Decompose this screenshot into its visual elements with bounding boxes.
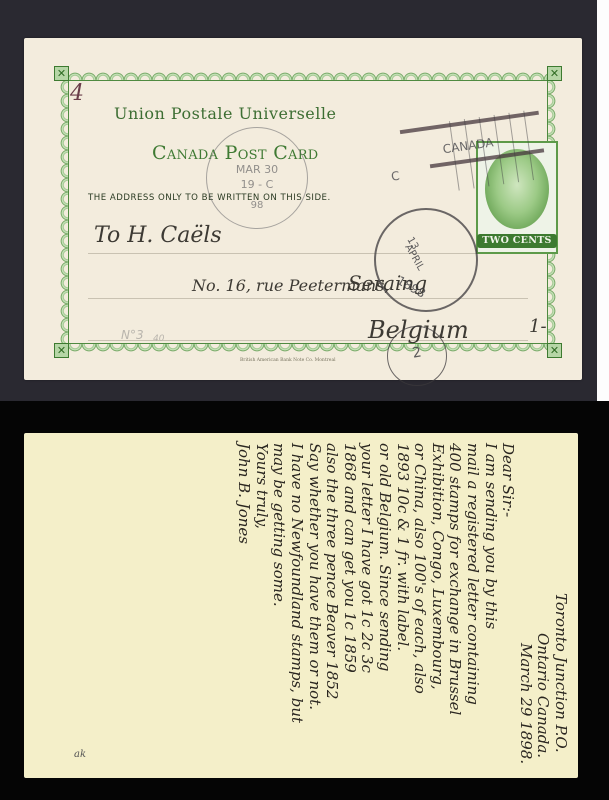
corner-ornament-icon: ✕ xyxy=(54,343,69,358)
postcard-back: Toronto Junction P.O.Ontario Canada.Marc… xyxy=(24,433,578,778)
letter-line: or old Belgium. Since sending xyxy=(376,443,394,671)
letter-line: John B. Jones xyxy=(235,443,253,544)
postmark-year: 1898 xyxy=(395,273,428,300)
upu-heading: Union Postale Universelle xyxy=(114,104,336,123)
printer-imprint: British American Bank Note Co. Montreal xyxy=(240,358,336,363)
toronto-postmark: MAR 30 19 - C 98 xyxy=(206,127,308,229)
letter-line: I am sending you by this xyxy=(482,443,500,629)
letter-line: your letter I have got 1c 2c 3c xyxy=(358,443,376,673)
letter-line: 1868 and can get you 1c 1859 xyxy=(341,443,359,673)
recipient-name: To H. Caëls xyxy=(94,223,222,248)
stamp-denomination: TWO CENTS xyxy=(477,234,557,248)
mark-number: 2 xyxy=(387,340,447,366)
letter-line: Say whether you have them or not. xyxy=(306,443,324,710)
postcard-front: 4 ✕ ✕ ✕ ✕ Union Postale Universelle Cana… xyxy=(24,38,582,380)
letter-line: 1893 10c & 1 fr. with label. xyxy=(394,443,412,651)
letter-line: 400 stamps for exchange in Brussel xyxy=(446,443,464,715)
letter-line: I have no Newfoundland stamps, but xyxy=(288,443,306,723)
letter-line: or China, also 100's of each, also xyxy=(411,443,429,694)
address-rule xyxy=(88,298,528,299)
border-bottom xyxy=(68,344,548,358)
flag-cancel-letter: C xyxy=(390,169,400,184)
corner-mark: ak xyxy=(74,749,86,760)
arrival-postmark: 13 APRIL 1898 xyxy=(374,208,478,312)
handwritten-letter: Toronto Junction P.O.Ontario Canada.Marc… xyxy=(24,433,578,778)
postmark-year: 98 xyxy=(207,200,307,211)
letter-line: Ontario Canada. xyxy=(534,633,552,758)
corner-ornament-icon: ✕ xyxy=(547,343,562,358)
letter-line: mail a registered letter containing xyxy=(464,443,482,705)
boxed-number-mark: 2 xyxy=(387,326,447,386)
letter-line: March 29 1898. xyxy=(517,643,535,764)
postmark-time: 19 - C xyxy=(207,178,307,191)
edge-strip xyxy=(597,0,609,401)
border-left xyxy=(54,80,68,344)
letter-line: Yours truly, xyxy=(253,443,271,529)
pencil-note: 40 xyxy=(153,334,164,344)
letter-line: may be getting some. xyxy=(270,443,288,607)
pencil-note: N°3 xyxy=(121,328,144,342)
corner-ornament-icon: ✕ xyxy=(547,66,562,81)
corner-ornament-icon: ✕ xyxy=(54,66,69,81)
letter-line: Exhibition, Congo, Luxembourg, xyxy=(429,443,447,690)
postmark-month: APRIL xyxy=(402,242,426,272)
letter-line: Dear Sir:- xyxy=(499,443,517,517)
postmark-date: MAR 30 xyxy=(207,163,307,176)
letter-line: also the three pence Beaver 1852 xyxy=(323,443,341,699)
postage-due-mark: 1- xyxy=(529,316,547,337)
border-top xyxy=(68,66,548,80)
letter-line: Toronto Junction P.O. xyxy=(552,593,570,753)
